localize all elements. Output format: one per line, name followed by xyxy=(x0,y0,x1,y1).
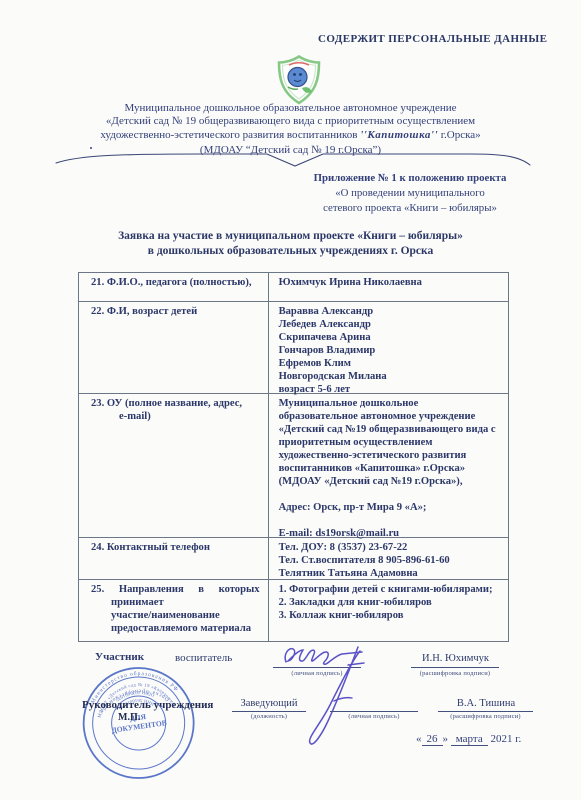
table-row: 22. Ф.И, возраст детейВаравва АлександрЛ… xyxy=(79,301,508,393)
row-value-line: Муниципальное дошкольное xyxy=(279,397,502,410)
table-row: 21. Ф.И.О., педагога (полностью),Юхимчук… xyxy=(79,273,508,301)
row-value-line: Скрипачева Арина xyxy=(279,331,502,344)
row-label-line: участие/наименование xyxy=(91,609,260,622)
row-value-line: художественно-эстетического развития xyxy=(279,449,502,462)
row-value-line: 1. Фотографии детей с книгами-юбилярами; xyxy=(279,583,502,596)
row-label-line: 21. Ф.И.О., педагога (полностью), xyxy=(91,276,260,289)
classification-banner: СОДЕРЖИТ ПЕРСОНАЛЬНЫЕ ДАННЫЕ xyxy=(318,33,547,45)
row-value-line: (МДОАУ «Детский сад №19 г.Орска»), xyxy=(279,475,502,488)
row-value-cell: Тел. ДОУ: 8 (3537) 23-67-22Тел. Ст.воспи… xyxy=(269,538,508,579)
table-row: 25. Направления в которыхпринимаетучасти… xyxy=(79,579,508,641)
mp-mark: М.П. xyxy=(118,712,140,723)
row-label-cell: 23. ОУ (полное название, адрес,e-mail) xyxy=(79,394,269,537)
head-label: Руководитель учреждения xyxy=(82,699,213,711)
signature-line xyxy=(232,711,306,712)
row-label-cell: 21. Ф.И.О., педагога (полностью), xyxy=(79,273,269,301)
participant-label: Участник xyxy=(95,651,144,663)
participant-name: И.Н. Юхимчук xyxy=(413,653,498,664)
row-value-line: Гончаров Владимир xyxy=(279,344,502,357)
row-value-line: Тел. Ст.воспитателя 8 905-896-61-60 xyxy=(279,554,502,567)
row-value-line: Адрес: Орск, пр-т Мира 9 «А»; xyxy=(279,501,502,514)
row-label-line: предоставляемого материала xyxy=(91,622,260,635)
date-line: «26» марта 2021 г. xyxy=(416,733,521,745)
date-day: 26 xyxy=(422,733,443,746)
signature-line xyxy=(330,711,418,712)
org-name-line: Муниципальное дошкольное образовательное… xyxy=(0,102,581,115)
table-row: 23. ОУ (полное название, адрес,e-mail)Му… xyxy=(79,393,508,537)
org-script-name: ''Капитошка'' xyxy=(360,129,438,141)
signature-line xyxy=(411,667,499,668)
row-label-line: 22. Ф.И, возраст детей xyxy=(91,305,260,318)
form-title: Заявка на участие в муниципальном проект… xyxy=(0,229,581,258)
appendix-line: Приложение № 1 к положению проекта xyxy=(289,171,531,186)
signature-line xyxy=(438,711,533,712)
row-value-line: Ефремов Клим xyxy=(279,357,502,370)
row-value-line: Юхимчук Ирина Николаевна xyxy=(279,276,502,289)
appendix-line: «О проведении муниципального xyxy=(289,186,531,201)
appendix-line: сетевого проекта «Книги – юбиляры» xyxy=(289,201,531,216)
row-value-line: приоритетным осуществлением xyxy=(279,436,502,449)
row-value-line: Варавва Александр xyxy=(279,305,502,318)
row-value-line: образовательное автономное учреждение xyxy=(279,410,502,423)
head-name-caption: (расшифровка подписи) xyxy=(433,713,538,720)
form-title-line: Заявка на участие в муниципальном проект… xyxy=(0,229,581,244)
row-value-cell: Варавва АлександрЛебедев АлександрСкрипа… xyxy=(269,302,508,393)
row-value-line: воспитанников «Капитошка» г.Орска» xyxy=(279,462,502,475)
row-label-cell: 24. Контактный телефон xyxy=(79,538,269,579)
row-label-line: 24. Контактный телефон xyxy=(91,541,260,554)
form-title-line: в дошкольных образовательных учреждениях… xyxy=(0,244,581,259)
row-value-line xyxy=(279,488,502,501)
head-name: В.А. Тишина xyxy=(440,698,532,709)
org-name-line: «Детский сад № 19 общеразвивающего вида … xyxy=(0,115,581,128)
row-value-line: Тел. ДОУ: 8 (3537) 23-67-22 xyxy=(279,541,502,554)
row-label-cell: 22. Ф.И, возраст детей xyxy=(79,302,269,393)
name-caption: (расшифровка подписи) xyxy=(405,670,505,677)
row-value-line: 2. Закладки для книг-юбиляров xyxy=(279,596,502,609)
head-signature-icon xyxy=(300,643,372,760)
row-label-line: принимает xyxy=(91,596,260,609)
row-value-cell: Муниципальное дошкольноеобразовательное … xyxy=(269,394,508,537)
application-table: 21. Ф.И.О., педагога (полностью),Юхимчук… xyxy=(78,272,509,642)
row-value-line: Телятник Татьяна Адамовна xyxy=(279,567,502,580)
row-value-line: Новгородская Милана xyxy=(279,370,502,383)
row-value-line: Лебедев Александр xyxy=(279,318,502,331)
row-label-line: e-mail) xyxy=(91,410,260,423)
row-value-line: «Детский сад №19 общеразвивающего вида с xyxy=(279,423,502,436)
org-name-line: художественно-эстетического развития вос… xyxy=(0,129,581,142)
round-stamp-icon: Министерство образования РФ г. Орска Оре… xyxy=(70,655,208,796)
row-label-line: 23. ОУ (полное название, адрес, xyxy=(91,397,260,410)
head-sign-caption: (личная подпись) xyxy=(325,713,423,720)
row-label-line: 25. Направления в которых xyxy=(91,583,260,596)
date-year: 2021 г. xyxy=(490,733,521,745)
date-month: марта xyxy=(451,733,488,746)
row-label-cell: 25. Направления в которыхпринимаетучасти… xyxy=(79,580,269,641)
row-value-cell: 1. Фотографии детей с книгами-юбилярами;… xyxy=(269,580,508,641)
ink-dot xyxy=(90,147,92,149)
row-value-cell: Юхимчук Ирина Николаевна xyxy=(269,273,508,301)
table-row: 24. Контактный телефонТел. ДОУ: 8 (3537)… xyxy=(79,537,508,579)
document-page: СОДЕРЖИТ ПЕРСОНАЛЬНЫЕ ДАННЫЕ Муниципальн… xyxy=(0,0,581,800)
row-value-line: 3. Коллаж книг-юбиляров xyxy=(279,609,502,622)
row-value-line xyxy=(279,514,502,527)
head-position: Заведующий xyxy=(227,698,311,709)
appendix-note: Приложение № 1 к положению проекта «О пр… xyxy=(289,171,531,215)
